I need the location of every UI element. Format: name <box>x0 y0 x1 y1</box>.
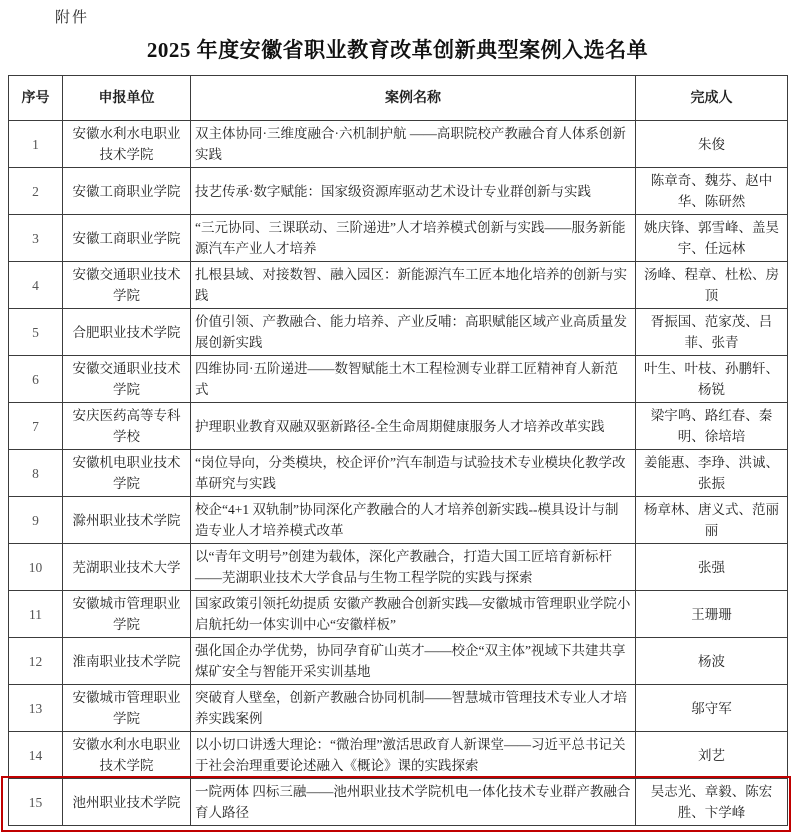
row-number-cell: 15 <box>9 779 63 826</box>
unit-cell: 安徽城市管理职业学院 <box>63 685 191 732</box>
case-name-cell: 技艺传承·数字赋能：国家级资源库驱动艺术设计专业群创新与实践 <box>191 168 636 215</box>
case-name-cell: 以小切口讲透大理论：“微治理”激活思政育人新课堂——习近平总书记关于社会治理重要… <box>191 732 636 779</box>
completers-cell: 陈章奇、魏芬、赵中华、陈研然 <box>636 168 788 215</box>
row-number-cell: 1 <box>9 121 63 168</box>
row-number-cell: 6 <box>9 356 63 403</box>
table-row: 7安庆医药高等专科学校护理职业教育双融双驱新路径-全生命周期健康服务人才培养改革… <box>9 403 788 450</box>
header-row: 序号 申报单位 案例名称 完成人 <box>9 76 788 121</box>
table-row: 14安徽水利水电职业技术学院以小切口讲透大理论：“微治理”激活思政育人新课堂——… <box>9 732 788 779</box>
unit-cell: 安徽城市管理职业学院 <box>63 591 191 638</box>
completers-cell: 姜能惠、李琤、洪诚、张振 <box>636 450 788 497</box>
row-number-cell: 3 <box>9 215 63 262</box>
case-name-cell: 四维协同·五阶递进——数智赋能土木工程检测专业群工匠精神育人新范式 <box>191 356 636 403</box>
completers-cell: 汤峰、程章、杜松、房顶 <box>636 262 788 309</box>
unit-cell: 安徽工商职业学院 <box>63 215 191 262</box>
unit-cell: 安徽机电职业技术学院 <box>63 450 191 497</box>
completers-cell: 叶生、叶枝、孙鹏轩、杨锐 <box>636 356 788 403</box>
case-name-cell: 校企“4+1 双轨制”协同深化产教融合的人才培养创新实践--模具设计与制造专业人… <box>191 497 636 544</box>
unit-cell: 安庆医药高等专科学校 <box>63 403 191 450</box>
completers-cell: 杨波 <box>636 638 788 685</box>
table-row: 3安徽工商职业学院“三元协同、三课联动、三阶递进”人才培养模式创新与实践——服务… <box>9 215 788 262</box>
unit-cell: 芜湖职业技术大学 <box>63 544 191 591</box>
col-header-completers: 完成人 <box>636 76 788 121</box>
row-number-cell: 14 <box>9 732 63 779</box>
table-row: 11安徽城市管理职业学院国家政策引领托幼提质 安徽产教融合创新实践—安徽城市管理… <box>9 591 788 638</box>
table-row: 13安徽城市管理职业学院突破育人壁垒，创新产教融合协同机制——智慧城市管理技术专… <box>9 685 788 732</box>
col-header-number: 序号 <box>9 76 63 121</box>
case-name-cell: 价值引领、产教融合、能力培养、产业反哺：高职赋能区域产业高质量发展创新实践 <box>191 309 636 356</box>
table-row: 15池州职业技术学院一院两体 四标三融——池州职业技术学院机电一体化技术专业群产… <box>9 779 788 826</box>
row-number-cell: 4 <box>9 262 63 309</box>
case-name-cell: 国家政策引领托幼提质 安徽产教融合创新实践—安徽城市管理职业学院小启航托幼一体实… <box>191 591 636 638</box>
case-name-cell: 护理职业教育双融双驱新路径-全生命周期健康服务人才培养改革实践 <box>191 403 636 450</box>
table-row: 12淮南职业技术学院强化国企办学优势，协同孕育矿山英才——校企“双主体”视域下共… <box>9 638 788 685</box>
completers-cell: 梁宇鸣、路红春、秦明、徐培培 <box>636 403 788 450</box>
row-number-cell: 13 <box>9 685 63 732</box>
row-number-cell: 5 <box>9 309 63 356</box>
unit-cell: 安徽交通职业技术学院 <box>63 356 191 403</box>
completers-cell: 朱俊 <box>636 121 788 168</box>
case-name-cell: “三元协同、三课联动、三阶递进”人才培养模式创新与实践——服务新能源汽车产业人才… <box>191 215 636 262</box>
table-header: 序号 申报单位 案例名称 完成人 <box>9 76 788 121</box>
unit-cell: 安徽工商职业学院 <box>63 168 191 215</box>
case-name-cell: 扎根县域、对接数智、融入园区：新能源汽车工匠本地化培养的创新与实践 <box>191 262 636 309</box>
table-row: 8安徽机电职业技术学院“岗位导向，分类模块，校企评价”汽车制造与试验技术专业模块… <box>9 450 788 497</box>
table-body: 1安徽水利水电职业技术学院双主体协同·三维度融合·六机制护航 ——高职院校产教融… <box>9 121 788 826</box>
case-name-cell: 一院两体 四标三融——池州职业技术学院机电一体化技术专业群产教融合育人路径 <box>191 779 636 826</box>
unit-cell: 滁州职业技术学院 <box>63 497 191 544</box>
completers-cell: 杨章林、唐义式、范丽丽 <box>636 497 788 544</box>
table-row: 2安徽工商职业学院技艺传承·数字赋能：国家级资源库驱动艺术设计专业群创新与实践陈… <box>9 168 788 215</box>
case-name-cell: 强化国企办学优势，协同孕育矿山英才——校企“双主体”视域下共建共享煤矿安全与智能… <box>191 638 636 685</box>
page-title: 2025 年度安徽省职业教育改革创新典型案例入选名单 <box>0 34 795 64</box>
row-number-cell: 12 <box>9 638 63 685</box>
table-row: 4安徽交通职业技术学院扎根县域、对接数智、融入园区：新能源汽车工匠本地化培养的创… <box>9 262 788 309</box>
completers-cell: 姚庆锋、郭雪峰、盖昊宇、任远林 <box>636 215 788 262</box>
unit-cell: 池州职业技术学院 <box>63 779 191 826</box>
unit-cell: 安徽交通职业技术学院 <box>63 262 191 309</box>
unit-cell: 安徽水利水电职业技术学院 <box>63 732 191 779</box>
attachment-label: 附件 <box>55 6 89 27</box>
table-row: 9滁州职业技术学院校企“4+1 双轨制”协同深化产教融合的人才培养创新实践--模… <box>9 497 788 544</box>
table-row: 6安徽交通职业技术学院四维协同·五阶递进——数智赋能土木工程检测专业群工匠精神育… <box>9 356 788 403</box>
row-number-cell: 10 <box>9 544 63 591</box>
case-name-cell: 突破育人壁垒，创新产教融合协同机制——智慧城市管理技术专业人才培养实践案例 <box>191 685 636 732</box>
row-number-cell: 9 <box>9 497 63 544</box>
completers-cell: 刘艺 <box>636 732 788 779</box>
table-row: 1安徽水利水电职业技术学院双主体协同·三维度融合·六机制护航 ——高职院校产教融… <box>9 121 788 168</box>
cases-table: 序号 申报单位 案例名称 完成人 1安徽水利水电职业技术学院双主体协同·三维度融… <box>8 75 788 826</box>
case-name-cell: 以“青年文明号”创建为载体，深化产教融合，打造大国工匠培育新标杆——芜湖职业技术… <box>191 544 636 591</box>
row-number-cell: 7 <box>9 403 63 450</box>
unit-cell: 淮南职业技术学院 <box>63 638 191 685</box>
completers-cell: 邬守军 <box>636 685 788 732</box>
completers-cell: 吴志光、章毅、陈宏胜、卞学峰 <box>636 779 788 826</box>
col-header-case-name: 案例名称 <box>191 76 636 121</box>
table-row: 10芜湖职业技术大学以“青年文明号”创建为载体，深化产教融合，打造大国工匠培育新… <box>9 544 788 591</box>
unit-cell: 安徽水利水电职业技术学院 <box>63 121 191 168</box>
row-number-cell: 11 <box>9 591 63 638</box>
case-name-cell: 双主体协同·三维度融合·六机制护航 ——高职院校产教融合育人体系创新实践 <box>191 121 636 168</box>
col-header-unit: 申报单位 <box>63 76 191 121</box>
table-row: 5合肥职业技术学院价值引领、产教融合、能力培养、产业反哺：高职赋能区域产业高质量… <box>9 309 788 356</box>
completers-cell: 胥振国、范家茂、吕菲、张青 <box>636 309 788 356</box>
row-number-cell: 2 <box>9 168 63 215</box>
unit-cell: 合肥职业技术学院 <box>63 309 191 356</box>
row-number-cell: 8 <box>9 450 63 497</box>
completers-cell: 王珊珊 <box>636 591 788 638</box>
case-name-cell: “岗位导向，分类模块，校企评价”汽车制造与试验技术专业模块化教学改革研究与实践 <box>191 450 636 497</box>
completers-cell: 张强 <box>636 544 788 591</box>
